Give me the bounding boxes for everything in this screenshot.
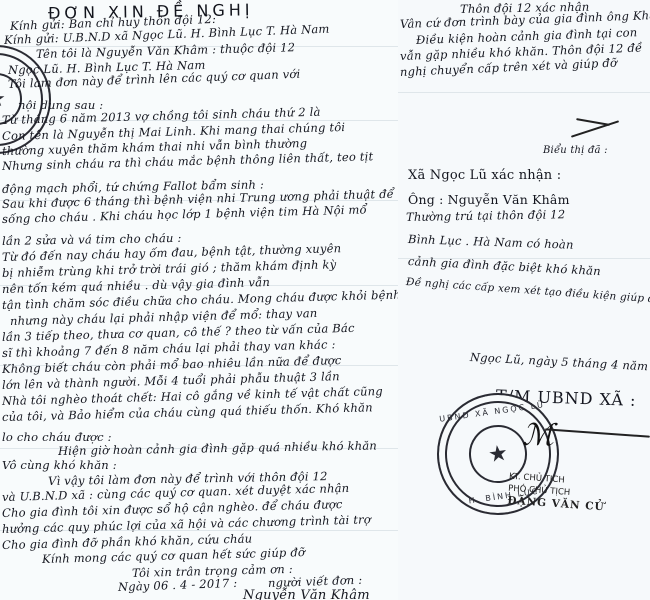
text-line: Ông : Nguyễn Văn Khâm <box>408 192 570 207</box>
writer-name: Nguyễn Văn Khâm <box>243 588 370 600</box>
ruled-line <box>398 92 650 93</box>
text-line: Bình Lục . Hà Nam có hoàn <box>408 232 574 252</box>
petition-page: ★ ĐƠN XIN ĐỀ NGHỊ Kính gửi: Ban chỉ huy … <box>0 0 399 600</box>
official-title-block: KT. CHỦ TỊCH PHÓ CHỦ TỊCH ĐẶNG VĂN CỬ <box>507 471 607 514</box>
village-signature <box>576 118 610 126</box>
text-line: Thường trú tại thôn đội 12 <box>406 207 566 224</box>
text-line: Vô cùng khó khăn : <box>2 458 117 472</box>
document-scan: ★ ĐƠN XIN ĐỀ NGHỊ Kính gửi: Ban chỉ huy … <box>0 0 650 600</box>
text-line: Đề nghị các cấp xem xét tạo điều kiện gi… <box>406 276 650 306</box>
confirmation-page: Thôn đội 12 xác nhận Vân cứ đơn trình bà… <box>398 0 650 600</box>
place-date: Ngọc Lũ, ngày 5 tháng 4 năm 2017 <box>470 350 650 375</box>
village-sign-label: Biểu thị đã : <box>543 145 608 156</box>
petition-date: Ngày 06 . 4 - 2017 : <box>118 576 238 594</box>
official-signature: ℳ <box>522 418 554 453</box>
commune-confirm-heading: Xã Ngọc Lũ xác nhận : <box>408 168 561 183</box>
text-line: lo cho cháu được : <box>2 430 112 444</box>
